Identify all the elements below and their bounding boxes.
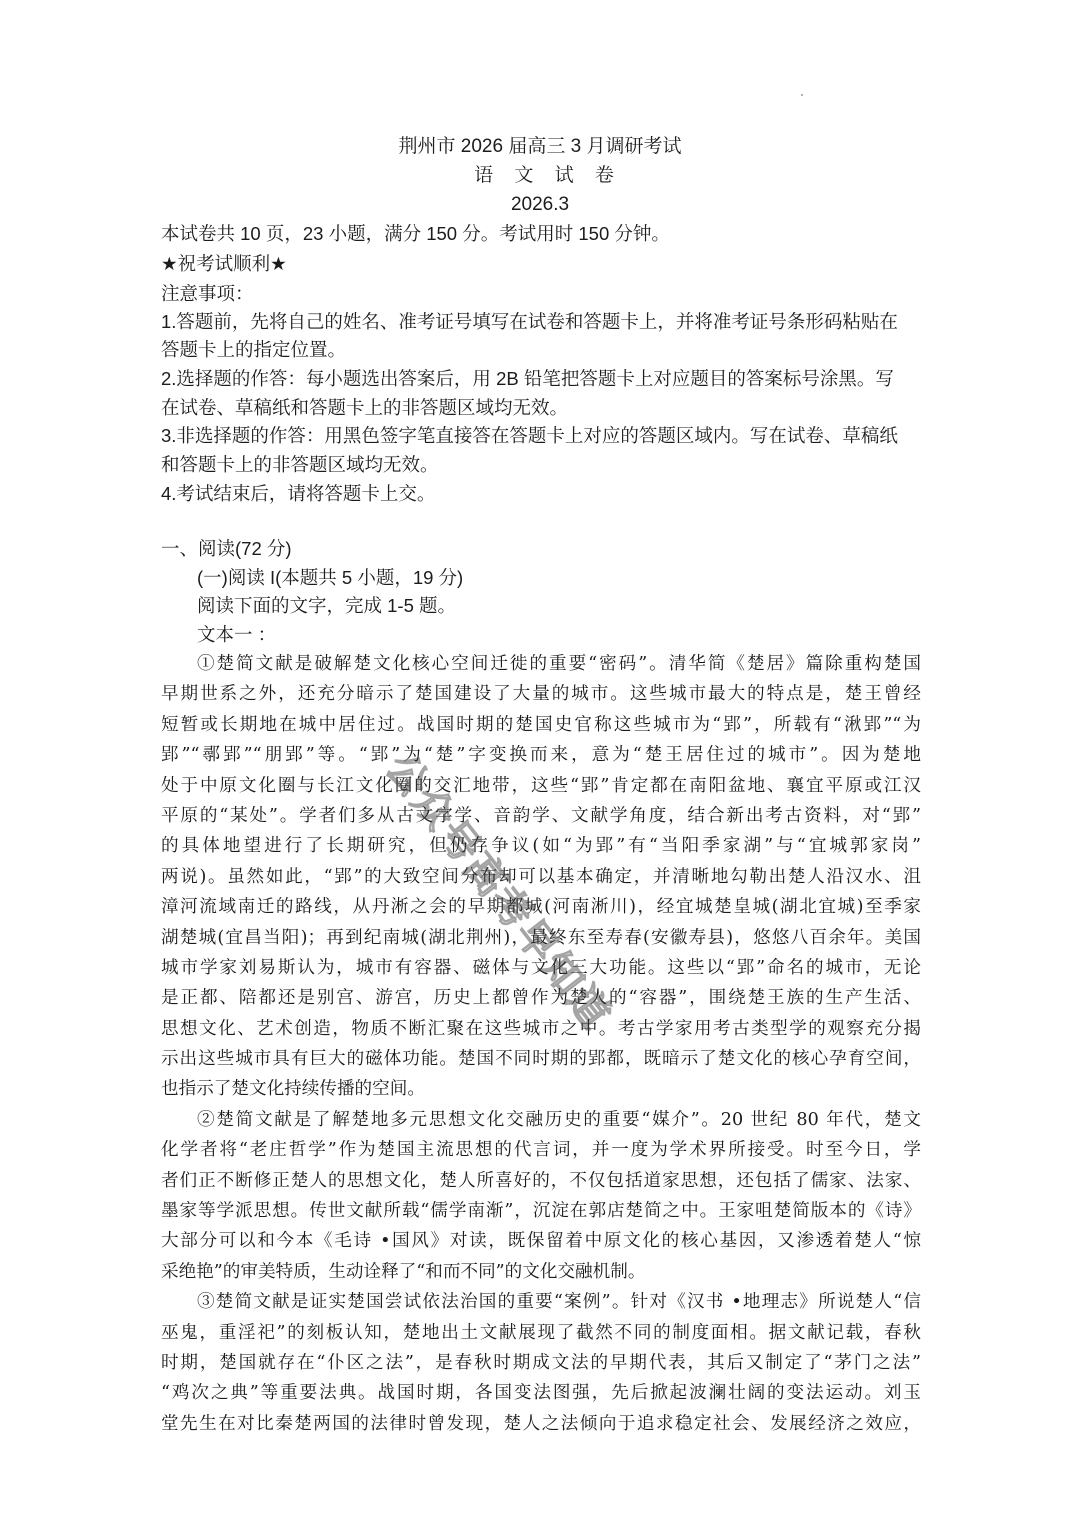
notes-title: 注意事项： [161, 282, 921, 306]
good-luck-wish: ★祝考试顺利★ [161, 252, 921, 276]
note-line: 3.非选择题的作答：用黑色签字笔直接答在答题卡上对应的答题区域内。写在试卷、草稿… [161, 424, 921, 448]
passage-text-one: ①楚简文献是破解楚文化核心空间迁徙的重要“密码”。清华简《楚居》篇除重构楚国 早… [161, 649, 921, 1439]
note-line: 1.答题前，先将自己的姓名、准考证号填写在试卷和答题卡上，并将准考证号条形码粘贴… [161, 310, 921, 334]
passage-line: 短暂或长期地在城中居住过。战国时期的楚国史官称这些城市为“郢”，所载有“湫郢”“… [161, 710, 921, 740]
section-title: 一、阅读(72 分) [161, 537, 921, 561]
passage-line: 是正都、陪都还是别宫、游宫，历史上都曾作为楚人的“容器”，围绕楚王族的生产生活、 [161, 983, 921, 1013]
passage-line: 平原的“某处”。学者们多从古文字学、音韵学、文献学角度，结合新出考古资料，对“郢… [161, 801, 921, 831]
note-line: 和答题卡上的非答题区域均无效。 [161, 453, 921, 477]
passage-line: 墨家等学派思想。传世文献所载“儒学南渐”，沉淀在郭店楚简之中。王家咀楚简版本的《… [161, 1196, 921, 1226]
passage-line: 巫鬼，重淫祀”的刻板认知，楚地出土文献展现了截然不同的制度面相。据文献记载，春秋 [161, 1318, 921, 1348]
passage-line: 时期，楚国就存在“仆区之法”，是春秋时期成文法的早期代表，其后又制定了“茅门之法… [161, 1348, 921, 1378]
passage-line: 示出这些城市具有巨大的磁体功能。楚国不同时期的郢都，既暗示了楚文化的核心孕育空间… [161, 1044, 921, 1074]
passage-line: 漳河流域南迁的路线，从丹淅之会的早期都城(河南淅川)，经宜城楚皇城(湖北宜城)至… [161, 892, 921, 922]
exam-title: 荆州市 2026 届高三 3 月调研考试 [0, 135, 1080, 159]
passage-line: 的具体地望进行了长期研究，但仍存争议(如“为郢”有“当阳季家湖”与“宜城郭家岗” [161, 831, 921, 861]
note-line: 2.选择题的作答：每小题选出答案后，用 2B 铅笔把答题卡上对应题目的答案标号涂… [161, 367, 921, 391]
passage-line: 大部分可以和今本《毛诗 •国风》对读，既保留着中原文化的核心基因，又渗透着楚人“… [161, 1226, 921, 1256]
exam-date: 2026.3 [0, 193, 1080, 217]
subject-title: 语 文 试 卷 [0, 164, 1080, 188]
passage-line: 两说)。虽然如此，“郢”的大致空间分布却可以基本确定，并清晰地勾勒出楚人沿汉水、… [161, 862, 921, 892]
passage-line: 堂先生在对比秦楚两国的法律时曾发现，楚人之法倾向于追求稳定社会、发展经济之效应， [161, 1409, 921, 1439]
text-label: 文本一 ： [197, 623, 957, 647]
note-line: 在试卷、草稿纸和答题卡上的非答题区域均无效。 [161, 396, 921, 420]
scan-speck [801, 94, 803, 96]
passage-line: 城市学家刘易斯认为，城市有容器、磁体与文化三大功能。这些以“郢”命名的城市，无论 [161, 953, 921, 983]
exam-page: 荆州市 2026 届高三 3 月调研考试 语 文 试 卷 2026.3 本试卷共… [0, 0, 1080, 1527]
subsection-title: (一)阅读 I(本题共 5 小题，19 分) [197, 566, 957, 590]
passage-line: 处于中原文化圈与长江文化圈的交汇地带，这些“郢”肯定都在南阳盆地、襄宜平原或江汉 [161, 771, 921, 801]
passage-line: 湖楚城(宜昌当阳)；再到纪南城(湖北荆州)，最终东至寿春(安徽寿县)，悠悠八百余… [161, 923, 921, 953]
passage-line: 也指示了楚文化持续传播的空间。 [161, 1074, 921, 1104]
passage-line: ③楚简文献是证实楚国尝试依法治国的重要“案例”。针对《汉书 •地理志》所说楚人“… [161, 1287, 921, 1317]
reading-instruction: 阅读下面的文字，完成 1-5 题。 [197, 594, 957, 618]
passage-line: ②楚简文献是了解楚地多元思想文化交融历史的重要“媒介”。20 世纪 80 年代，… [161, 1105, 921, 1135]
passage-line: “鸡次之典”等重要法典。战国时期，各国变法图强，先后掀起波澜壮阔的变法运动。刘玉 [161, 1378, 921, 1408]
note-line: 4.考试结束后，请将答题卡上交。 [161, 482, 921, 506]
note-line: 答题卡上的指定位置。 [161, 338, 921, 362]
passage-line: 者们正不断修正楚人的思想文化，楚人所喜好的，不仅包括道家思想，还包括了儒家、法家… [161, 1166, 921, 1196]
passage-line: 思想文化、艺术创造，物质不断汇聚在这些城市之中。考古学家用考古类型学的观察充分揭 [161, 1014, 921, 1044]
passage-line: 采绝艳”的审美特质，生动诠释了“和而不同”的文化交融机制。 [161, 1257, 921, 1287]
passage-line: 郢”“鄩郢”“朋郢”等。“郢”为“楚”字变换而来，意为“楚王居住过的城市”。因为… [161, 740, 921, 770]
passage-line: 早期世系之外，还充分暗示了楚国建设了大量的城市。这些城市最大的特点是，楚王曾经 [161, 679, 921, 709]
passage-line: 化学者将“老庄哲学”作为楚国主流思想的代言词，并一度为学术界所接受。时至今日，学 [161, 1135, 921, 1165]
exam-summary: 本试卷共 10 页，23 小题，满分 150 分。考试用时 150 分钟。 [161, 222, 921, 246]
passage-line: ①楚简文献是破解楚文化核心空间迁徙的重要“密码”。清华简《楚居》篇除重构楚国 [161, 649, 921, 679]
